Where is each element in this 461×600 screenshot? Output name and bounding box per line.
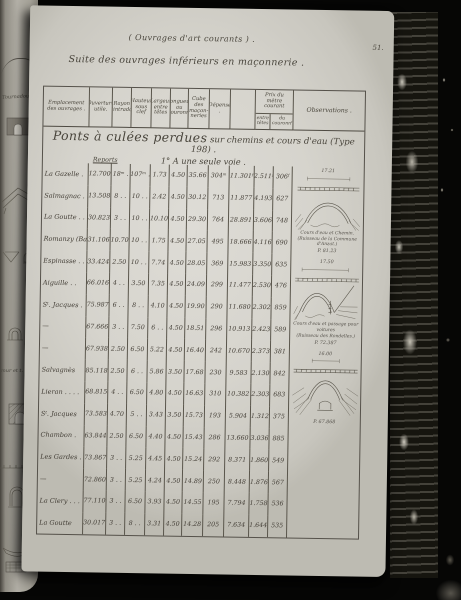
cell-pk: 66.016	[87, 272, 110, 294]
cell-largeur: 4.50	[164, 513, 182, 535]
sketch-3-reference: P. 67.868	[291, 420, 357, 426]
cell-prix_cour: 536	[268, 493, 287, 515]
cell-ouverture: 2.50	[107, 425, 126, 447]
cell-rayon: 10 . .	[129, 251, 149, 273]
cell-ouverture: 3 . .	[107, 447, 126, 469]
ledger-table: Emplacement des ouvrages . Ouverture uti…	[36, 86, 366, 540]
cell-hauteur: 4.40	[146, 426, 165, 448]
cell-longueur: 16.40	[185, 339, 206, 361]
reports-label: Reports	[93, 156, 118, 163]
cell-depense: 18.666	[228, 231, 253, 253]
cell-longueur: 27.05	[186, 230, 207, 252]
cell-depense: 7.794	[224, 492, 249, 514]
cell-pk: 67.666	[86, 316, 109, 338]
cell-largeur: 4.50	[169, 186, 187, 208]
cell-depense: 11.301ᶠ	[229, 166, 254, 188]
col-header-prix-tete: entre têtes	[255, 114, 271, 129]
col-header-ouverture: Ouverture utile.	[89, 87, 113, 127]
cell-prix_tete: 3.606	[254, 210, 273, 232]
cell-name: —	[38, 468, 84, 491]
sketch-2-caption-2: (Ruisseau des Rondelles.)	[293, 333, 359, 340]
cell-prix_tete: 2.423	[252, 318, 271, 340]
observations-cell: 17.21 Cours d'eau et Chemin. (Ruisseau d…	[287, 167, 364, 539]
cell-prix_tete: 3.350	[253, 253, 272, 275]
cell-prix_cour: 589	[271, 319, 290, 341]
cell-depense: 11.877	[229, 187, 254, 209]
cell-prix_cour: 627	[273, 188, 292, 210]
col-header-depense2	[230, 90, 256, 130]
cell-pk: 77.110	[83, 490, 106, 512]
cell-ouverture: 6 . .	[109, 294, 128, 316]
cell-largeur: 4.50	[168, 252, 186, 274]
col-header-prix-group: Prix du mètre courant entre têtes du cou…	[255, 90, 294, 131]
cell-pk: 73.583	[85, 403, 108, 425]
cell-hauteur: 5.22	[148, 339, 167, 361]
bridge-sketch-1: 17.21 Cours d'eau et Chemin. (Ruisseau d…	[294, 170, 361, 255]
cell-depense: 8.371	[225, 449, 250, 471]
cell-hauteur: 2.42	[150, 186, 169, 208]
col-header-largeur: Largeur entre têtes	[151, 88, 171, 128]
cell-longueur: 14.89	[183, 470, 204, 492]
cell-cube: 195	[203, 492, 224, 514]
cell-rayon: 6.50	[126, 426, 146, 448]
cell-longueur: 16.63	[184, 383, 205, 405]
cell-longueur: 29.30	[187, 208, 208, 230]
cell-hauteur: 3.43	[147, 404, 166, 426]
cell-ouverture: 3 . .	[109, 316, 128, 338]
cell-largeur: 4.50	[168, 230, 186, 252]
cell-longueur: 15.73	[184, 405, 205, 427]
page-number: 51.	[372, 44, 383, 52]
prix-group-label: Prix du mètre courant	[256, 90, 293, 115]
cell-name: La Clery . . .	[37, 490, 83, 513]
cell-cube: 286	[204, 427, 225, 449]
cell-name: Chambon .	[38, 424, 84, 447]
bridge-elevation-drawing	[291, 357, 358, 420]
cell-hauteur: 4.80	[147, 382, 166, 404]
cell-ouverture: 2.50	[110, 251, 129, 273]
cell-longueur: 15.43	[183, 426, 204, 448]
cell-prix_tete: 2.373	[252, 340, 271, 362]
book-page-edges	[390, 12, 438, 578]
cell-name: Espinasse . .	[41, 250, 87, 273]
cell-rayon: 6.50	[125, 491, 145, 513]
section-title-band: Ponts à culées perdues sur chemins et co…	[43, 127, 365, 168]
sketch-1-reference: P. 81.23	[294, 249, 360, 255]
cell-ouverture: 2.50	[108, 360, 127, 382]
cell-cube: 193	[205, 405, 226, 427]
cell-prix_cour: 748	[273, 210, 292, 232]
bridge-elevation-drawing	[294, 174, 361, 231]
cell-name: —	[40, 337, 86, 360]
cell-pk: 85.118	[85, 359, 108, 381]
cell-depense: 10.913	[227, 318, 252, 340]
section-title-lead: Ponts à culées perdues	[53, 128, 208, 145]
cell-prix_tete: 4.193	[254, 188, 273, 210]
cell-hauteur: 4.45	[146, 448, 165, 470]
cell-hauteur: 1.75	[149, 230, 168, 252]
cell-rayon: 5.25	[126, 469, 146, 491]
cell-prix_cour: 885	[269, 428, 288, 450]
cell-name: Sᵗ. Jacques	[39, 402, 85, 425]
cell-prix_cour: 375	[270, 406, 289, 428]
cell-prix_tete: 3.036	[250, 427, 269, 449]
cell-depense: 13.660	[225, 427, 250, 449]
cell-depense: 11.680	[227, 296, 252, 318]
cell-largeur: 4.50	[167, 339, 185, 361]
cell-name: La Goutte . .	[42, 206, 88, 229]
cell-name: Salvagnès	[39, 359, 85, 382]
cell-cube: 310	[205, 383, 226, 405]
col-header-longueur: Longueur au couronnᵗ	[170, 89, 189, 129]
cell-prix_cour: 306ᶠ	[273, 166, 292, 188]
section-title-rest: sur chemins et cours d'eau (Type 198) .	[191, 135, 355, 155]
cell-longueur: 14.28	[182, 514, 203, 536]
cell-rayon: 10 . .	[129, 229, 149, 251]
cell-prix_cour: 535	[268, 515, 287, 537]
cell-prix_cour: 476	[272, 275, 291, 297]
cell-hauteur: 3.31	[145, 513, 164, 535]
cell-prix_tete: 2.302	[252, 297, 271, 319]
cell-name: Aiguille . .	[41, 272, 87, 295]
cell-prix_tete: 1.644	[249, 515, 268, 537]
cell-ouverture: 4 . .	[110, 273, 129, 295]
cell-cube: 242	[206, 340, 227, 362]
bridge-sketch-3: 16.00 P. 67.868	[291, 352, 358, 426]
cell-depense: 8.448	[225, 471, 250, 493]
cell-largeur: 4.50	[167, 295, 185, 317]
cell-name: Romanzy (Baise)	[41, 228, 87, 251]
cell-ouverture: 8 . .	[111, 185, 130, 207]
cell-rayon: 107ᵐ .	[130, 164, 150, 186]
cell-cube: 764	[208, 209, 229, 231]
cell-pk: 31.106	[87, 229, 110, 251]
running-title: ( Ouvrages d'art courants ) .	[70, 32, 314, 45]
cell-prix_cour: 567	[269, 471, 288, 493]
cell-depense: 28.891	[229, 209, 254, 231]
cell-largeur: 4.50	[167, 317, 185, 339]
section-title: Ponts à culées perdues sur chemins et co…	[43, 128, 364, 158]
cell-name: Sᵗ. Jacques .	[40, 293, 86, 316]
cell-prix_cour: 842	[270, 362, 289, 384]
cell-hauteur: 10.10	[150, 208, 169, 230]
cell-hauteur: 1.73	[150, 164, 169, 186]
cell-name: La Gazelle .	[43, 163, 89, 186]
cell-name: La Goutte	[37, 511, 83, 534]
cell-cube: 495	[207, 231, 228, 253]
cell-pk: 30.017	[83, 512, 106, 534]
cell-ouverture: 18ᵐ .	[112, 164, 131, 186]
sketch-1-caption-2: (Ruisseau de la Commune d'Anzat.)	[294, 236, 360, 249]
bridge-elevation-drawing	[293, 266, 360, 323]
cell-largeur: 4.50	[164, 491, 182, 513]
cell-ouverture: 3 . .	[111, 207, 130, 229]
cell-ouverture: 3 . .	[106, 512, 125, 534]
cell-pk: 67.938	[86, 338, 109, 360]
cell-rayon: 10 . .	[130, 208, 150, 230]
cell-hauteur: 5.86	[147, 360, 166, 382]
cell-rayon: 6 . .	[127, 360, 147, 382]
cell-prix_cour: 635	[272, 253, 291, 275]
cell-depense: 10.382	[226, 383, 251, 405]
cell-largeur: 3.50	[166, 404, 184, 426]
cell-cube: 296	[206, 318, 227, 340]
cell-depense: 11.477	[228, 274, 253, 296]
col-header-depense: Dépense .	[209, 89, 231, 129]
cell-cube: 250	[204, 470, 225, 492]
cell-hauteur: 7.35	[149, 273, 168, 295]
col-header-cube: Cube des maçon- neries	[188, 89, 210, 129]
cell-longueur: 14.55	[182, 492, 203, 514]
cell-depense: 5.904	[226, 405, 251, 427]
cell-longueur: 24.09	[186, 274, 207, 296]
cell-hauteur: 7.74	[149, 251, 168, 273]
margin-note-mid: mur et t.	[1, 368, 23, 374]
cell-longueur: 18.51	[185, 317, 206, 339]
cell-pk: 33.424	[87, 250, 110, 272]
cell-longueur: 17.68	[184, 361, 205, 383]
cell-cube: 292	[204, 449, 225, 471]
cell-ouverture: 3 . .	[107, 469, 126, 491]
cell-hauteur: 3.93	[145, 491, 164, 513]
ledger-page: ( Ouvrages d'art courants ) . 51. Suite …	[21, 5, 394, 577]
cell-ouverture: 2.50	[109, 338, 128, 360]
cell-ouverture: 10.70	[110, 229, 129, 251]
cell-pk: 72.860	[84, 468, 107, 490]
cell-largeur: 4.50	[169, 208, 187, 230]
cell-cube: 230	[205, 361, 226, 383]
cell-pk: 73.867	[84, 447, 107, 469]
cell-cube: 205	[203, 514, 224, 536]
cell-name: —	[40, 315, 86, 338]
cell-longueur: 35.66	[187, 165, 208, 187]
cell-pk: 30.823	[88, 207, 111, 229]
page-subtitle: Suite des ouvrages inférieurs en maçonne…	[59, 54, 313, 69]
cell-pk: 75.987	[86, 294, 109, 316]
cell-cube: 299	[207, 274, 228, 296]
cell-prix_tete: 1.312	[251, 406, 270, 428]
cell-prix_tete: 2.511ᶠ	[254, 166, 273, 188]
cell-rayon: 5.25	[126, 447, 146, 469]
cell-pk: 63.844	[84, 425, 107, 447]
cell-longueur: 15.24	[183, 448, 204, 470]
cell-rayon: 3.50	[129, 273, 149, 295]
cell-cube: 713	[208, 187, 229, 209]
cell-prix_cour: 381	[271, 341, 290, 363]
cell-ouverture: 3 . .	[106, 491, 125, 513]
book-spine-specks	[436, 40, 461, 580]
cell-hauteur: 6 . .	[148, 317, 167, 339]
cell-cube: 369	[207, 252, 228, 274]
cell-largeur: 4.50	[165, 426, 183, 448]
cell-name: Lieran . . . .	[39, 381, 85, 404]
cell-prix_tete: 1.758	[249, 493, 268, 515]
cell-rayon: 5 . .	[127, 404, 147, 426]
cell-ouverture: 4.70	[108, 403, 127, 425]
cell-prix_cour: 683	[270, 384, 289, 406]
cell-prix_cour: 549	[269, 450, 288, 472]
cell-cube: 304ᵐ	[208, 165, 229, 187]
cell-longueur: 30.12	[187, 187, 208, 209]
cell-largeur: 4.50	[165, 470, 183, 492]
cell-largeur: 4.50	[165, 448, 183, 470]
cell-hauteur: 4.10	[148, 295, 167, 317]
cell-largeur: 3.50	[166, 361, 184, 383]
cell-rayon: 6.50	[127, 382, 147, 404]
cell-largeur: 4.50	[168, 274, 186, 296]
bridge-sketch-2: 17.50 Cours d'eau et passage pour voitur…	[293, 261, 360, 346]
col-header-observations: Observations .	[293, 91, 365, 132]
cell-rayon: 7.50	[128, 317, 148, 339]
cell-prix_tete: 1.876	[250, 471, 269, 493]
photo-corner-shadow	[427, 566, 461, 600]
cell-prix_tete: 2.530	[253, 275, 272, 297]
cell-prix_tete: 2.130	[251, 362, 270, 384]
cell-pk: 12.700	[89, 163, 112, 185]
col-header-rayon: Rayon d'intrados	[112, 88, 132, 128]
cell-cube: 290	[206, 296, 227, 318]
cell-rayon: 8 . .	[128, 295, 148, 317]
cell-longueur: 19.90	[185, 296, 206, 318]
cell-rayon: 10 . .	[130, 186, 150, 208]
cell-pk: 68.815	[85, 381, 108, 403]
sketch-2-reference: P. 72.387	[293, 340, 359, 346]
cell-hauteur: 4.24	[146, 469, 165, 491]
cell-rayon: 8 . .	[125, 513, 145, 535]
cell-depense: 10.670	[227, 340, 252, 362]
cell-largeur: 4.50	[166, 383, 184, 405]
cell-largeur: 4.50	[169, 165, 187, 187]
cell-prix_tete: 1.860	[250, 449, 269, 471]
cell-name: Salmagnac . .	[42, 184, 88, 207]
cell-prix_tete: 2.303	[251, 384, 270, 406]
col-header-hauteur: Hauteur sous clef	[131, 88, 152, 128]
photo-of-ledger-page: { "page": { "number": "51." }, "header":…	[0, 0, 461, 600]
cell-prix_tete: 4.116	[253, 231, 272, 253]
cell-depense: 15.983	[228, 253, 253, 275]
cell-ouverture: 4 . .	[108, 382, 127, 404]
cell-prix_cour: 859	[271, 297, 290, 319]
cell-longueur: 28.05	[186, 252, 207, 274]
cell-rayon: 6.50	[128, 338, 148, 360]
cell-pk: 13.508	[88, 185, 111, 207]
cell-depense: 9.583	[226, 362, 251, 384]
cell-depense: 7.634	[224, 514, 249, 536]
col-header-emplacement: Emplacement des ouvrages .	[43, 87, 90, 128]
col-header-prix-couronnement: du couronnᵗ	[271, 114, 294, 129]
cell-prix_cour: 690	[272, 232, 291, 254]
cell-name: Les Gardes .	[38, 446, 84, 469]
sketch-2-caption: Cours d'eau et passage pour voitures	[293, 322, 359, 335]
